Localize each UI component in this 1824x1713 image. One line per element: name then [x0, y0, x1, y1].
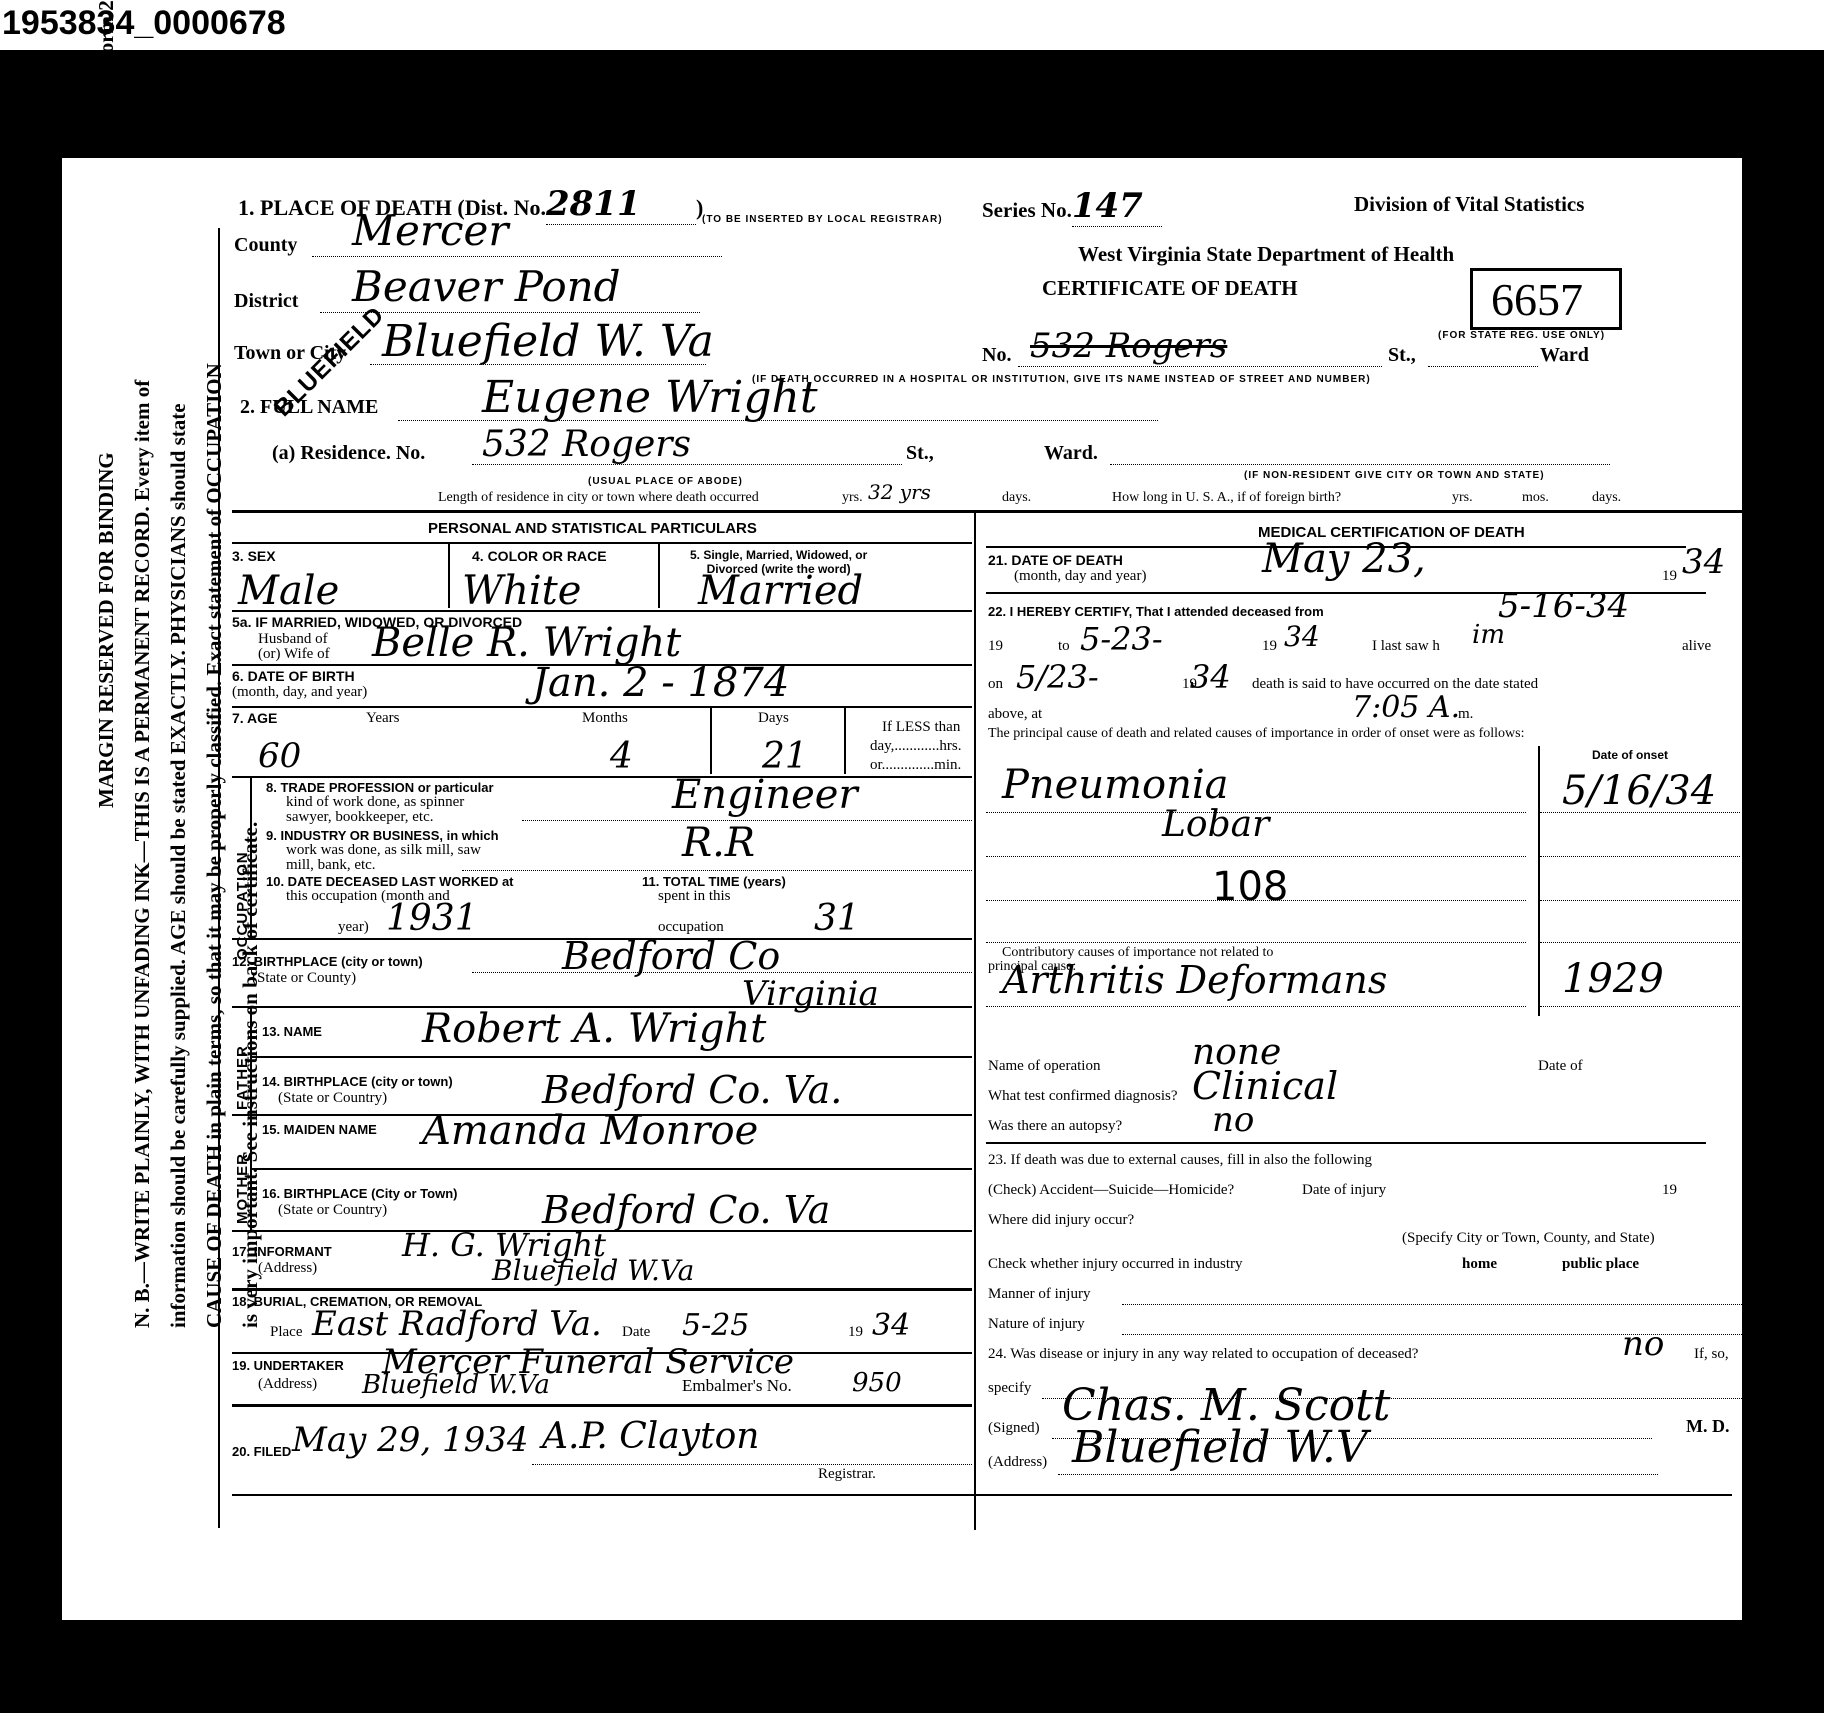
us-yrs-label: yrs. [1452, 490, 1473, 506]
dob-sublabel: (month, day, and year) [232, 684, 367, 701]
residence-st-label: St., [906, 442, 934, 465]
industry-check-label: Check whether injury occurred in industr… [988, 1256, 1243, 1273]
nineteen-label: 19 [988, 638, 1003, 655]
date-injury-label: Date of injury [1302, 1182, 1386, 1199]
local-registrar-note: (TO BE INSERTED BY LOCAL REGISTRAR) [702, 214, 943, 225]
informant-address-label: (Address) [258, 1260, 317, 1277]
dod-sublabel: (month, day and year) [1014, 568, 1146, 585]
contributory-onset-line [1540, 1006, 1740, 1007]
cause-1-onset: 5/16/34 [1562, 768, 1716, 814]
dod-value: May 23, [1262, 536, 1426, 582]
above-at-label: above, at [988, 706, 1042, 723]
physician-address-value: Bluefield W.V [1072, 1422, 1368, 1473]
cause-3-value: 108 [1212, 864, 1288, 910]
state-reg-note: (FOR STATE REG. USE ONLY) [1438, 330, 1605, 341]
series-no: 147 [1072, 186, 1162, 227]
address-line [1058, 1474, 1658, 1475]
occupation-related-value: no [1622, 1324, 1664, 1364]
us-mos-label: mos. [1522, 490, 1549, 506]
mother-birthplace-label: 16. BIRTHPLACE (City or Town) [262, 1186, 457, 1201]
informant-label: 17. INFORMANT [232, 1244, 332, 1259]
autopsy-value: no [1212, 1100, 1254, 1140]
town-value: Bluefield W. Va [382, 316, 714, 367]
birthplace-sublabel: (State or County) [252, 970, 356, 987]
row-divider-1 [232, 610, 972, 612]
dob-label: 6. DATE OF BIRTH [232, 668, 355, 684]
onset-divider [1538, 746, 1540, 1016]
undertaker-address-label: (Address) [258, 1376, 317, 1393]
dist-no: 2811 [546, 184, 696, 225]
form-left-border [218, 228, 220, 1528]
series-label: Series No.147 [982, 186, 1162, 227]
operation-label: Name of operation [988, 1058, 1100, 1075]
father-section-label: FATHER [234, 1045, 251, 1110]
sex-race-divider [448, 542, 450, 608]
certify-label: 22. I HEREBY CERTIFY, That I attended de… [988, 604, 1324, 621]
death-certificate: MARGIN RESERVED FOR BINDINGD. V. S.—Form… [62, 158, 1742, 1620]
division-title: Division of Vital Statistics [1354, 192, 1584, 217]
contributory-onset: 1929 [1562, 956, 1664, 1002]
mother-birthplace-sublabel: (State or Country) [278, 1202, 387, 1219]
father-birthplace-label: 14. BIRTHPLACE (city or town) [262, 1074, 453, 1089]
signed-label: (Signed) [988, 1420, 1040, 1437]
contributory-value: Arthritis Deformans [1002, 958, 1387, 1002]
check-accident-label: (Check) Accident—Suicide—Homicide? [988, 1182, 1234, 1199]
total-time-label: 11. TOTAL TIME (years)spent in thisoccup… [642, 874, 786, 935]
birthplace-line1-value: Bedford Co [562, 934, 780, 978]
burial-place-value: East Radford Va. [312, 1304, 602, 1344]
test-label: What test confirmed diagnosis? [988, 1088, 1178, 1105]
specify-location-note: (Specify City or Town, County, and State… [1402, 1230, 1655, 1247]
last-saw-label: I last saw h [1372, 638, 1440, 655]
embalmer-label: Embalmer's No. [682, 1376, 792, 1396]
days-label: Days [758, 710, 789, 727]
district-value: Beaver Pond [352, 262, 621, 311]
onset-line-3 [1540, 900, 1740, 901]
occupation-related-label: 24. Was disease or injury in any way rel… [988, 1346, 1418, 1363]
trade-label: 8. TRADE PROFESSION or particularkind of… [266, 780, 494, 825]
father-birthplace-sublabel: (State or Country) [278, 1090, 387, 1107]
industry-label: 9. INDUSTRY OR BUSINESS, in whichwork wa… [266, 828, 499, 873]
time-m-label: m. [1458, 706, 1473, 723]
age-years-value: 60 [258, 736, 301, 776]
last-saw-pronoun: im [1472, 620, 1505, 650]
dod-label: 21. DATE OF DEATH [988, 552, 1123, 568]
filed-label: 20. FILED [232, 1444, 291, 1459]
onset-header: Date of onset [1592, 748, 1668, 762]
race-label: 4. COLOR OR RACE [472, 548, 607, 564]
row-divider-11 [232, 1404, 972, 1407]
age-days-value: 21 [762, 736, 808, 777]
registrar-signature: A.P. Clayton [542, 1416, 759, 1457]
cause-line-4 [986, 942, 1526, 943]
county-value: Mercer [352, 206, 508, 255]
cause-2-value: Lobar [1162, 804, 1269, 845]
age-divider-1 [710, 706, 712, 774]
image-id: 1953834_0000678 [2, 4, 286, 43]
physician-address-label: (Address) [988, 1454, 1047, 1471]
md-label: M. D. [1686, 1416, 1730, 1437]
residence-value: 532 Rogers [482, 424, 691, 465]
father-divider [252, 1056, 972, 1058]
state-number-box: 6657 [1470, 268, 1622, 330]
medical-row-divider-2 [986, 1142, 1706, 1144]
burial-date-value: 5-25 [682, 1308, 749, 1343]
trade-value: Engineer [672, 772, 858, 818]
last-saw-date: 5/23- [1016, 658, 1099, 696]
full-name-label: 2. FULL NAME [240, 396, 378, 419]
mother-side-line [250, 1114, 252, 1230]
length-residence-label: Length of residence in city or town wher… [438, 490, 759, 506]
margin-binding-line: MARGIN RESERVED FOR BINDINGD. V. S.—Form… [88, 328, 124, 1328]
age-divider-2 [844, 706, 846, 774]
to-label: to [1058, 638, 1070, 655]
full-name-value: Eugene Wright [482, 372, 818, 423]
us-days-label: days. [1592, 490, 1621, 506]
bottom-border [232, 1494, 1732, 1496]
mother-maiden-label: 15. MAIDEN NAME [262, 1122, 377, 1137]
center-divider [974, 510, 976, 1530]
contributory-line [986, 1006, 1526, 1007]
ward-line [1428, 366, 1538, 367]
external-causes-label: 23. If death was due to external causes,… [988, 1152, 1372, 1169]
informant-address-value: Bluefield W.Va [492, 1254, 694, 1287]
hospital-note: (IF DEATH OCCURRED IN A HOSPITAL OR INST… [752, 374, 1371, 385]
row-divider-9 [232, 1288, 972, 1291]
marital-value: Married [698, 568, 863, 614]
last-saw-year: 34 [1190, 658, 1231, 696]
us-length-label: How long in U. S. A., if of foreign birt… [1112, 490, 1341, 506]
industry-value: R.R [682, 820, 755, 866]
last-worked-value: 1931 [386, 898, 478, 939]
nature-injury-label: Nature of injury [988, 1316, 1085, 1333]
nonresident-note: (IF NON-RESIDENT GIVE CITY OR TOWN AND S… [1244, 470, 1545, 481]
personal-section-title: PERSONAL AND STATISTICAL PARTICULARS [428, 520, 757, 537]
manner-injury-label: Manner of injury [988, 1286, 1090, 1303]
age-label: 7. AGE [232, 710, 277, 726]
dod-year-prefix: 19 [1662, 568, 1677, 585]
mother-divider [252, 1168, 972, 1170]
state-number: 6657 [1491, 273, 1583, 326]
county-label: County [234, 234, 297, 257]
if-so-label: If, so, [1694, 1346, 1729, 1363]
to-year-prefix: 19 [1262, 638, 1277, 655]
years-label: Years [366, 710, 399, 727]
image-id-bar: 1953834_0000678 [0, 0, 1824, 50]
embalmer-no-value: 950 [852, 1368, 902, 1398]
margin-line-2: N. B.—WRITE PLAINLY, WITH UNFADING INK—T… [124, 328, 160, 1328]
birthplace-label: 12. BIRTHPLACE (city or town) [232, 954, 423, 969]
cause-line-3 [986, 900, 1526, 901]
operation-date-label: Date of [1538, 1058, 1583, 1075]
burial-year-value: 34 [872, 1308, 910, 1343]
where-injury-label: Where did injury occur? [988, 1212, 1134, 1229]
length-days-label: days. [1002, 490, 1031, 506]
age-months-value: 4 [610, 736, 633, 777]
on-label: on [988, 676, 1003, 693]
row-divider-4 [232, 776, 972, 778]
occupation-section-label: OCCUPATION [234, 851, 251, 960]
father-side-line [250, 1006, 252, 1114]
street-struck-value: 532 Rogers [1030, 326, 1227, 366]
length-yrs-value: 32 yrs [868, 480, 931, 504]
undertaker-address-value: Bluefield W.Va [362, 1370, 550, 1400]
home-label: home [1462, 1256, 1497, 1273]
cause-intro: The principal cause of death and related… [988, 726, 1524, 742]
street-no-label: No. [982, 344, 1011, 367]
header-divider [232, 510, 1742, 513]
specify-label: specify [988, 1380, 1031, 1397]
ward-label: Ward [1540, 344, 1589, 367]
mother-maiden-value: Amanda Monroe [422, 1108, 758, 1154]
dod-year-value: 34 [1682, 542, 1725, 582]
occupation-side-line [250, 776, 252, 938]
street-line [1018, 366, 1382, 367]
margin-line-4: CAUSE OF DEATH in plain terms, so that i… [196, 328, 232, 1328]
undertaker-label: 19. UNDERTAKER [232, 1358, 344, 1373]
cause-1-value: Pneumonia [1002, 762, 1229, 808]
filed-date-value: May 29, 1934 [292, 1420, 529, 1460]
time-value: 7:05 A. [1352, 690, 1460, 725]
industry-line [462, 870, 972, 871]
registrar-line [532, 1464, 972, 1465]
nonresident-line [1110, 464, 1610, 465]
burial-year-prefix: 19 [848, 1324, 863, 1341]
race-marital-divider [658, 542, 660, 608]
alive-label: alive [1682, 638, 1711, 655]
cause-line-2 [986, 856, 1526, 857]
row-divider-3 [232, 706, 972, 708]
father-birthplace-value: Bedford Co. Va. [542, 1068, 842, 1112]
residence-label: (a) Residence. No. [272, 442, 425, 465]
manner-line [1122, 1304, 1742, 1305]
county-line [312, 256, 722, 257]
district-label: District [234, 290, 298, 313]
mother-section-label: MOTHER [234, 1153, 251, 1224]
onset-line-1 [1540, 812, 1740, 813]
months-label: Months [582, 710, 628, 727]
total-time-value: 31 [814, 898, 860, 939]
father-name-label: 13. NAME [262, 1024, 322, 1039]
department-title: West Virginia State Department of Health [1078, 242, 1454, 267]
race-value: White [462, 568, 581, 614]
certificate-title: CERTIFICATE OF DEATH [1042, 276, 1298, 301]
less-than-label: If LESS thanday,............hrs.or......… [870, 718, 962, 775]
onset-line-2 [1540, 856, 1740, 857]
abode-note: (USUAL PLACE OF ABODE) [588, 476, 743, 487]
father-name-value: Robert A. Wright [422, 1006, 766, 1052]
autopsy-label: Was there an autopsy? [988, 1118, 1122, 1135]
personal-divider [232, 542, 972, 544]
registrar-label: Registrar. [818, 1466, 876, 1483]
length-yrs-label: yrs. [842, 490, 863, 506]
date-injury-year: 19 [1662, 1182, 1677, 1199]
burial-date-label: Date [622, 1324, 650, 1341]
onset-line-4 [1540, 942, 1740, 943]
residence-ward-label: Ward. [1044, 442, 1098, 465]
dob-value: Jan. 2 - 1874 [532, 660, 789, 706]
street-st-label: St., [1388, 344, 1416, 367]
to-year-value: 34 [1284, 620, 1320, 653]
attended-from-value: 5-16-34 [1498, 586, 1629, 626]
spouse-sublabel: Husband of(or) Wife of [258, 632, 330, 662]
sex-value: Male [238, 568, 339, 614]
sex-label: 3. SEX [232, 548, 276, 564]
burial-place-label: Place [270, 1324, 302, 1341]
margin-line-3: information should be carefully supplied… [160, 328, 196, 1328]
public-place-label: public place [1562, 1256, 1639, 1273]
attended-to-value: 5-23- [1080, 620, 1163, 658]
